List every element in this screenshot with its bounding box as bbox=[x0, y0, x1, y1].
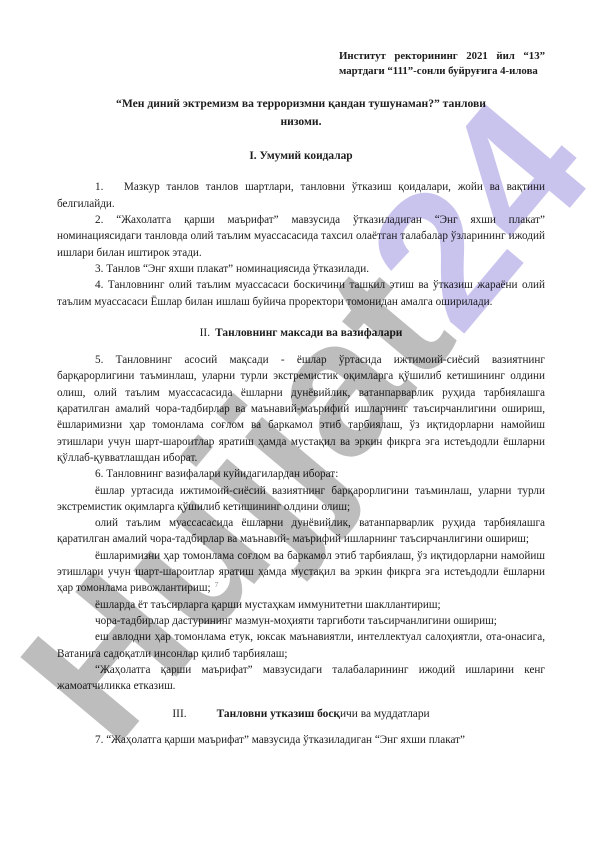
task-item-5: чора-тадбирлар дастурининг мазмун-моҳият… bbox=[57, 613, 545, 629]
task-item-3: ёшларимизни ҳар томонлама соғлом ва барк… bbox=[57, 548, 545, 597]
section-2-number: II. bbox=[200, 327, 210, 339]
order-reference-line2: мартдаги “111”-сонли буйруғига 4-илова bbox=[339, 64, 545, 79]
paragraph-3: 3. Танлов “Энг яхши плакат” номинациясид… bbox=[57, 261, 545, 277]
document-content: Институт ректорининг 2021 йил “13” мартд… bbox=[0, 0, 596, 748]
paragraph-5: 5. Танловнинг асосий мақсади - ёшлар ўрт… bbox=[57, 352, 545, 466]
paragraph-6-intro: 6. Танловнинг вазифалари куйидагилардан … bbox=[57, 466, 545, 482]
section-3-number: III. bbox=[172, 708, 186, 720]
section-3-title-rest: ичи ва муддатлари bbox=[340, 708, 430, 720]
order-reference: Институт ректорининг 2021 йил “13” мартд… bbox=[339, 49, 545, 78]
task-item-4: ёшларда ёт таъсирларга қарши мустаҳкам и… bbox=[57, 597, 545, 613]
section-1-heading: I. Умумий коидалар bbox=[57, 148, 545, 164]
task-item-1: ёшлар уртасида ижтимоий-сиёсий вазиятнин… bbox=[57, 483, 545, 516]
order-reference-line1: Институт ректорининг 2021 йил “13” bbox=[339, 49, 545, 64]
paragraph-2: 2. “Жахолатга қарши маърифат” мавзусида … bbox=[57, 212, 545, 261]
task-item-2: олий таълим муассасасида ёшларни дунёвий… bbox=[57, 515, 545, 548]
task-item-6: еш авлодни ҳар томонлама етук, юксак маъ… bbox=[57, 629, 545, 662]
paragraph-1: 1. Мазкур танлов танлов шартлари, танлов… bbox=[57, 179, 545, 212]
task-item-7: “Жаҳолатга қарши маърифат” мавзусидаги т… bbox=[57, 662, 545, 695]
section-3-heading: III.Танловни утказиш босқичи ва муддатла… bbox=[57, 706, 545, 722]
section-3-title-bold: Танловни утказиш босқ bbox=[217, 708, 340, 720]
document-title: “Мен диний эктремизм ва терроризмни қанд… bbox=[57, 95, 545, 131]
footnote-mark: 7 bbox=[215, 580, 219, 589]
task-item-3-text: ёшларимизни ҳар томонлама соғлом ва барк… bbox=[57, 550, 545, 595]
paragraph-7: 7. “Жаҳолатга қарши маърифат” мавзусида … bbox=[57, 732, 545, 748]
document-page: Институт ректорининг 2021 йил “13” мартд… bbox=[0, 0, 596, 842]
section-2-title: Танловнинг максади ва вазифалари bbox=[215, 327, 402, 339]
paragraph-4: 4. Танловнинг олий таълим муассасаси бос… bbox=[57, 277, 545, 310]
section-2-heading: II.Танловнинг максади ва вазифалари bbox=[57, 325, 545, 341]
